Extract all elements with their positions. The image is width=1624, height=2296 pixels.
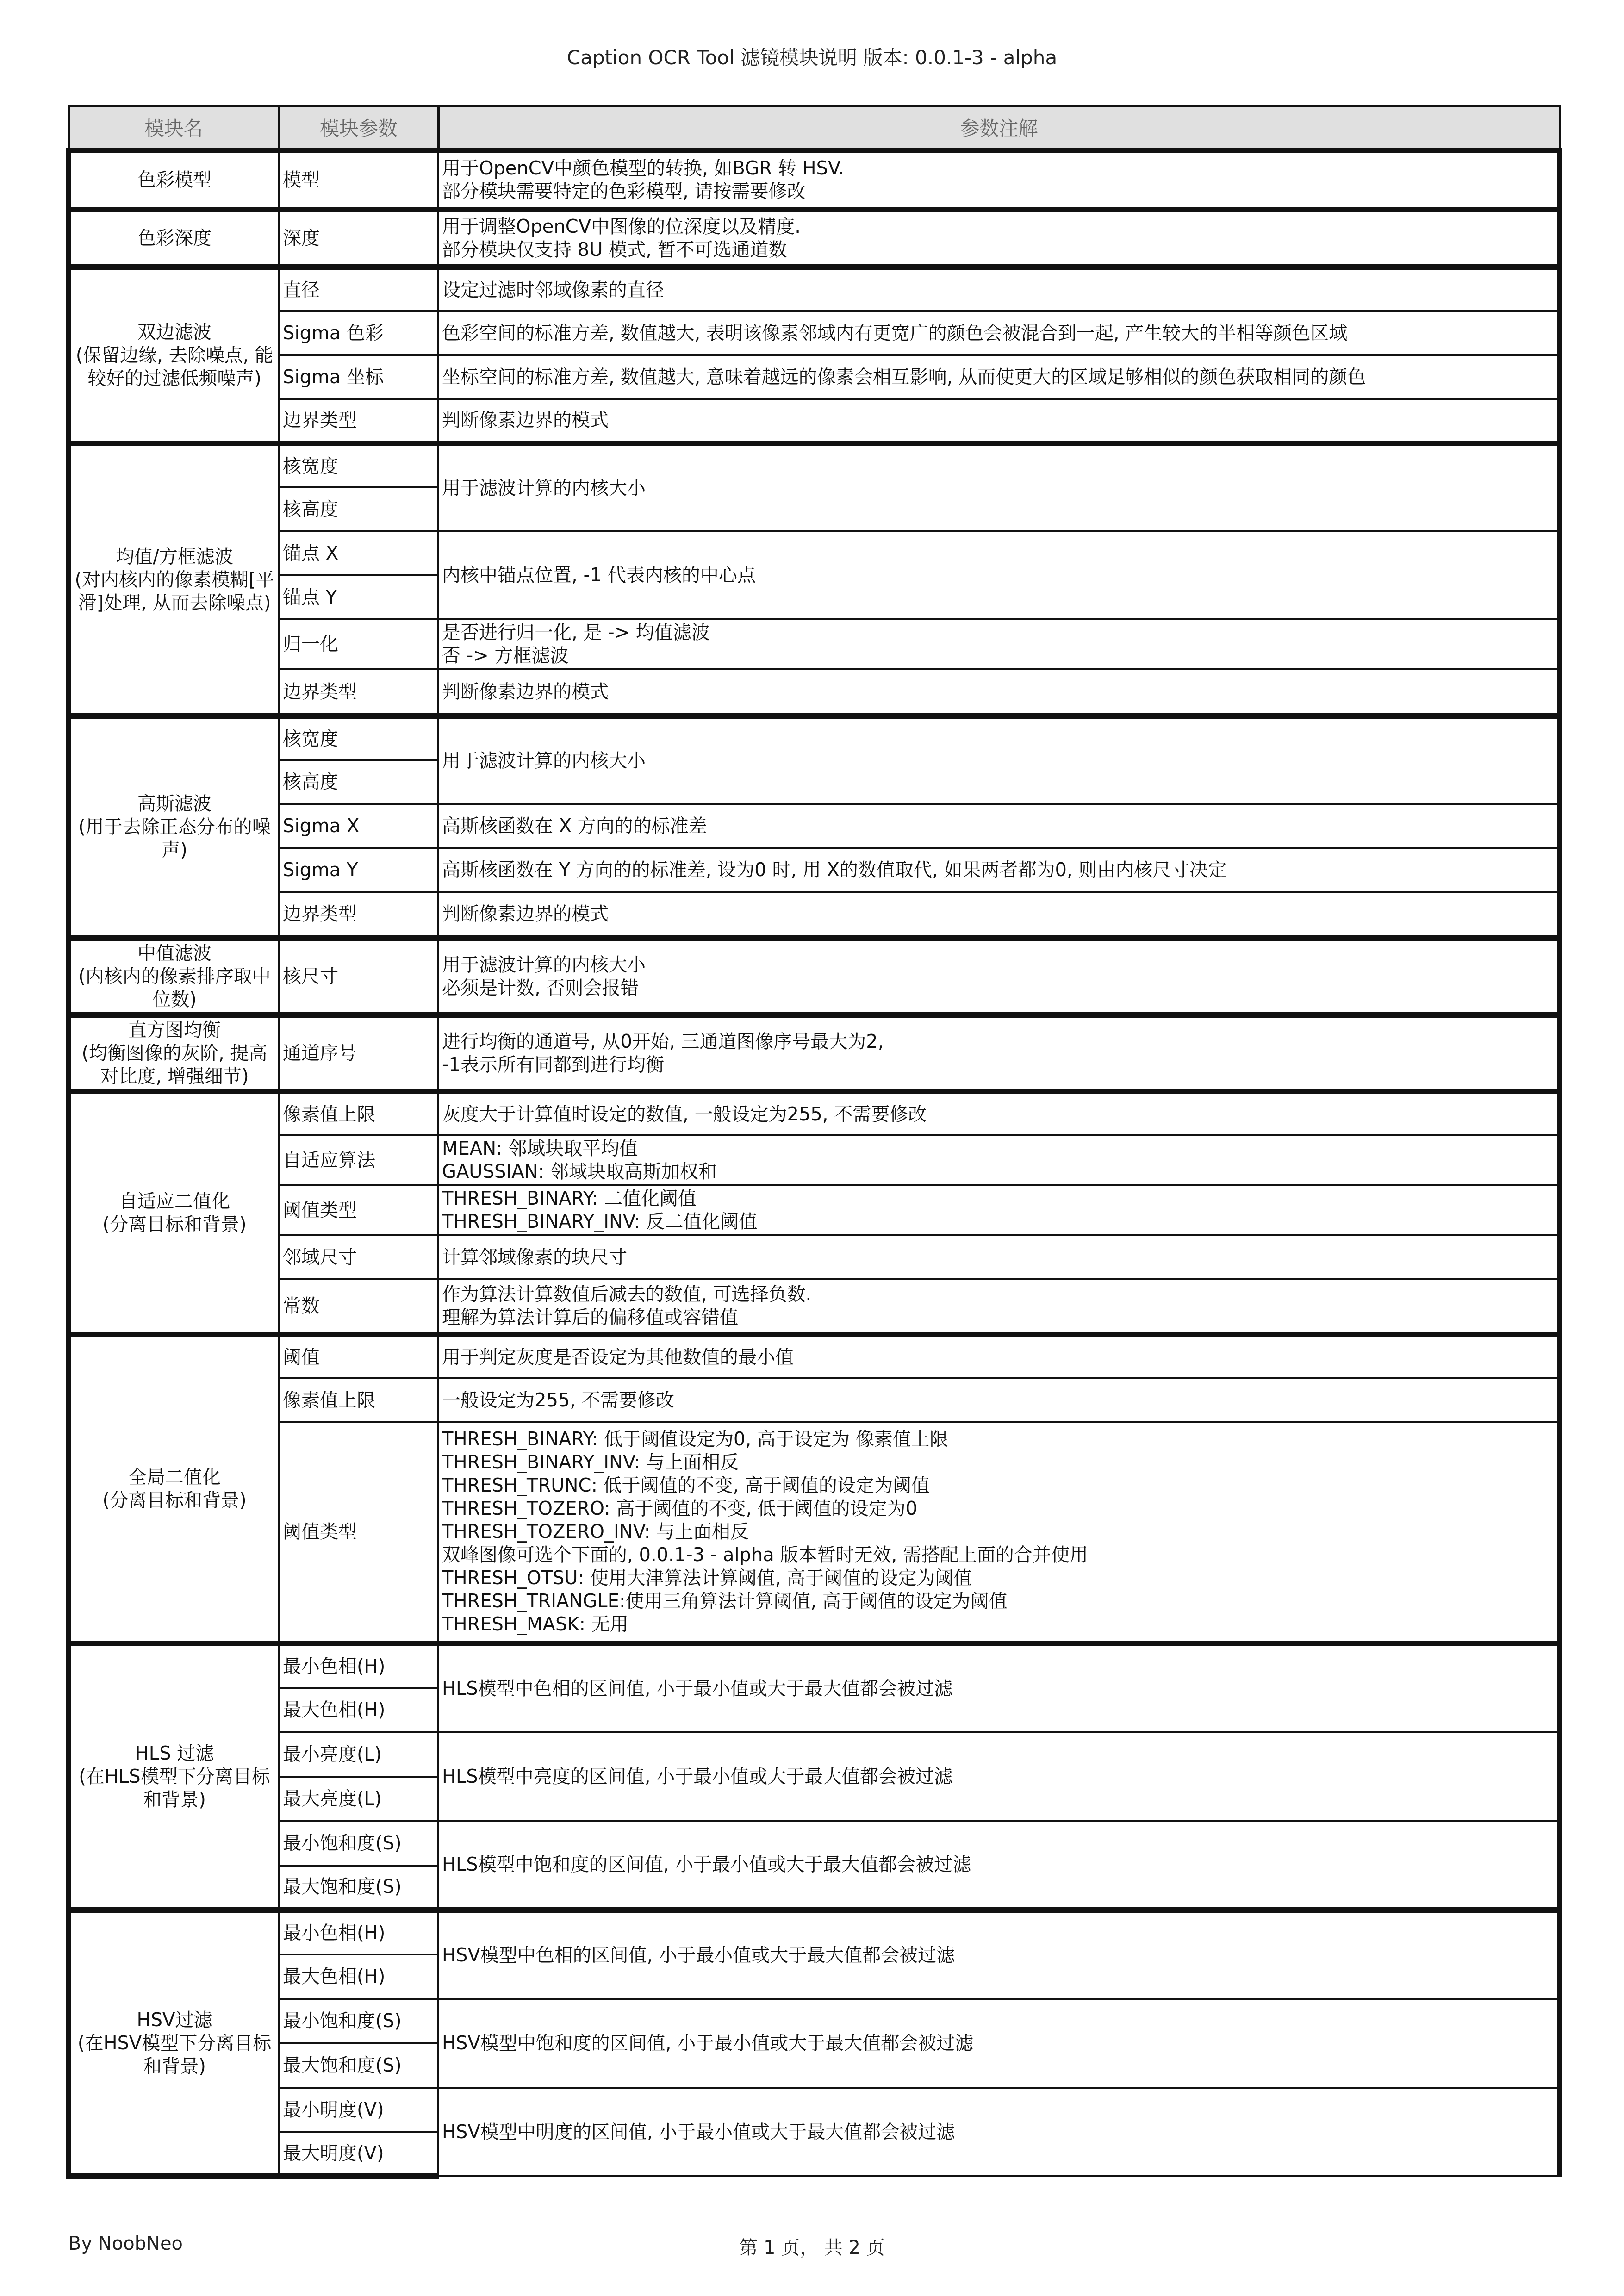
param-note-cell: THRESH_BINARY: 二值化阈值 THRESH_BINARY_INV: … [438,1185,1560,1235]
param-note-cell: 判断像素边界的模式 [438,399,1560,443]
param-label-cell: 最小色相(H) [279,1910,438,1954]
param-label-cell: 阈值类型 [279,1422,438,1643]
module-name-cell: 高斯滤波 (用于去除正态分布的噪声) [68,716,279,938]
table-row: 最小明度(V)HSV模型中明度的区间值, 小于最小值或大于最大值都会被过滤 [68,2088,1560,2132]
param-label-cell: Sigma Y [279,848,438,892]
param-label-cell: 最小明度(V) [279,2088,438,2132]
param-label-cell: 像素值上限 [279,1378,438,1422]
param-note-cell: 用于滤波计算的内核大小 [438,716,1560,804]
table-row: 边界类型判断像素边界的模式 [68,669,1560,716]
param-note-cell: 用于滤波计算的内核大小 必须是计数, 否则会报错 [438,938,1560,1015]
param-label-cell: Sigma X [279,804,438,848]
param-note-cell: 作为算法计算数值后减去的数值, 可选择负数. 理解为算法计算后的偏移值或容错值 [438,1279,1560,1334]
param-note-cell: HSV模型中色相的区间值, 小于最小值或大于最大值都会被过滤 [438,1910,1560,1999]
param-note-cell: 用于滤波计算的内核大小 [438,443,1560,531]
param-note-cell: HLS模型中色相的区间值, 小于最小值或大于最大值都会被过滤 [438,1643,1560,1732]
param-note-cell: 高斯核函数在 X 方向的的标准差 [438,804,1560,848]
param-label-cell: 模型 [279,150,438,210]
table-row: Sigma Y 高斯核函数在 Y 方向的的标准差, 设为0 时, 用 X的数值取… [68,848,1560,892]
table-row: 像素值上限一般设定为255, 不需要修改 [68,1378,1560,1422]
table-row: 边界类型判断像素边界的模式 [68,399,1560,443]
module-name-cell: 全局二值化 (分离目标和背景) [68,1334,279,1643]
table-row: 边界类型判断像素边界的模式 [68,892,1560,938]
table-body: 色彩模型模型用于OpenCV中颜色模型的转换, 如BGR 转 HSV. 部分模块… [68,150,1560,2176]
param-note-cell: 高斯核函数在 Y 方向的的标准差, 设为0 时, 用 X的数值取代, 如果两者都… [438,848,1560,892]
table-row: 自适应二值化 (分离目标和背景)像素值上限灰度大于计算值时设定的数值, 一般设定… [68,1091,1560,1135]
table-row: 直方图均衡 (均衡图像的灰阶, 提高对比度, 增强细节)通道序号进行均衡的通道号… [68,1015,1560,1091]
table-row: 均值/方框滤波 (对内核内的像素模糊[平滑]处理, 从而去除噪点)核宽度用于滤波… [68,443,1560,487]
table-row: 全局二值化 (分离目标和背景)阈值用于判定灰度是否设定为其他数值的最小值 [68,1334,1560,1378]
header-module-name: 模块名 [68,106,279,151]
param-label-cell: 核宽度 [279,443,438,487]
module-name-cell: 双边滤波 (保留边缘, 去除噪点, 能较好的过滤低频噪声) [68,267,279,443]
table-header-row: 模块名 模块参数 参数注解 [68,106,1560,151]
param-label-cell: 最大亮度(L) [279,1777,438,1821]
table-row: 阈值类型THRESH_BINARY: 低于阈值设定为0, 高于设定为 像素值上限… [68,1422,1560,1643]
param-label-cell: Sigma 色彩 [279,311,438,355]
param-label-cell: 常数 [279,1279,438,1334]
table-row: 自适应算法MEAN: 邻域块取平均值 GAUSSIAN: 邻域块取高斯加权和 [68,1135,1560,1185]
module-name-cell: 自适应二值化 (分离目标和背景) [68,1091,279,1334]
header-param-notes: 参数注解 [438,106,1560,151]
table-row: 最小饱和度(S)HLS模型中饱和度的区间值, 小于最小值或大于最大值都会被过滤 [68,1821,1560,1866]
param-label-cell: 锚点 Y [279,575,438,619]
header-module-params: 模块参数 [279,106,438,151]
filter-module-table: 模块名 模块参数 参数注解 色彩模型模型用于OpenCV中颜色模型的转换, 如B… [66,105,1562,2179]
param-note-cell: MEAN: 邻域块取平均值 GAUSSIAN: 邻域块取高斯加权和 [438,1135,1560,1185]
table-row: 锚点 X内核中锚点位置, -1 代表内核的中心点 [68,531,1560,575]
module-name-cell: 色彩深度 [68,210,279,267]
param-note-cell: 色彩空间的标准方差, 数值越大, 表明该像素邻域内有更宽广的颜色会被混合到一起,… [438,311,1560,355]
footer-page-indicator: 第 1 页， 共 2 页 [0,2233,1624,2259]
param-label-cell: 最小亮度(L) [279,1732,438,1777]
param-note-cell: 灰度大于计算值时设定的数值, 一般设定为255, 不需要修改 [438,1091,1560,1135]
table-row: 常数作为算法计算数值后减去的数值, 可选择负数. 理解为算法计算后的偏移值或容错… [68,1279,1560,1334]
param-note-cell: HLS模型中亮度的区间值, 小于最小值或大于最大值都会被过滤 [438,1732,1560,1821]
module-name-cell: 中值滤波 (内核内的像素排序取中位数) [68,938,279,1015]
param-label-cell: 阈值 [279,1334,438,1378]
module-name-cell: 直方图均衡 (均衡图像的灰阶, 提高对比度, 增强细节) [68,1015,279,1091]
param-note-cell: 是否进行归一化, 是 -> 均值滤波 否 -> 方框滤波 [438,619,1560,669]
param-label-cell: 阈值类型 [279,1185,438,1235]
document-title: Caption OCR Tool 滤镜模块说明 版本: 0.0.1-3 - al… [0,43,1624,70]
table-row: 邻域尺寸计算邻域像素的块尺寸 [68,1235,1560,1279]
param-label-cell: 深度 [279,210,438,267]
param-label-cell: 直径 [279,267,438,311]
param-note-cell: 设定过滤时邻域像素的直径 [438,267,1560,311]
param-label-cell: 最小色相(H) [279,1643,438,1688]
param-note-cell: HSV模型中饱和度的区间值, 小于最小值或大于最大值都会被过滤 [438,1999,1560,2088]
param-note-cell: 内核中锚点位置, -1 代表内核的中心点 [438,531,1560,619]
table-row: Sigma 坐标坐标空间的标准方差, 数值越大, 意味着越远的像素会相互影响, … [68,355,1560,399]
table-row: 最小饱和度(S)HSV模型中饱和度的区间值, 小于最小值或大于最大值都会被过滤 [68,1999,1560,2043]
module-name-cell: 均值/方框滤波 (对内核内的像素模糊[平滑]处理, 从而去除噪点) [68,443,279,716]
param-label-cell: 边界类型 [279,892,438,938]
module-name-cell: 色彩模型 [68,150,279,210]
param-note-cell: 计算邻域像素的块尺寸 [438,1235,1560,1279]
module-name-cell: HSV过滤 (在HSV模型下分离目标和背景) [68,1910,279,2176]
table-row: 色彩模型模型用于OpenCV中颜色模型的转换, 如BGR 转 HSV. 部分模块… [68,150,1560,210]
param-note-cell: 坐标空间的标准方差, 数值越大, 意味着越远的像素会相互影响, 从而使更大的区域… [438,355,1560,399]
param-label-cell: 锚点 X [279,531,438,575]
param-note-cell: 用于调整OpenCV中图像的位深度以及精度. 部分模块仅支持 8U 模式, 暂不… [438,210,1560,267]
table-row: 最小亮度(L)HLS模型中亮度的区间值, 小于最小值或大于最大值都会被过滤 [68,1732,1560,1777]
param-label-cell: 核尺寸 [279,938,438,1015]
table-row: HLS 过滤 (在HLS模型下分离目标和背景)最小色相(H)HLS模型中色相的区… [68,1643,1560,1688]
param-note-cell: HLS模型中饱和度的区间值, 小于最小值或大于最大值都会被过滤 [438,1821,1560,1910]
param-note-cell: 用于OpenCV中颜色模型的转换, 如BGR 转 HSV. 部分模块需要特定的色… [438,150,1560,210]
param-label-cell: 核宽度 [279,716,438,760]
table-row: 双边滤波 (保留边缘, 去除噪点, 能较好的过滤低频噪声)直径设定过滤时邻域像素… [68,267,1560,311]
param-label-cell: 自适应算法 [279,1135,438,1185]
table-row: Sigma X 高斯核函数在 X 方向的的标准差 [68,804,1560,848]
param-label-cell: 归一化 [279,619,438,669]
param-note-cell: THRESH_BINARY: 低于阈值设定为0, 高于设定为 像素值上限 THR… [438,1422,1560,1643]
table-row: 阈值类型THRESH_BINARY: 二值化阈值 THRESH_BINARY_I… [68,1185,1560,1235]
param-note-cell: 用于判定灰度是否设定为其他数值的最小值 [438,1334,1560,1378]
param-note-cell: 判断像素边界的模式 [438,669,1560,716]
param-label-cell: 边界类型 [279,669,438,716]
table-row: 归一化是否进行归一化, 是 -> 均值滤波 否 -> 方框滤波 [68,619,1560,669]
table-row: 色彩深度深度用于调整OpenCV中图像的位深度以及精度. 部分模块仅支持 8U … [68,210,1560,267]
param-label-cell: 核高度 [279,760,438,804]
param-note-cell: HSV模型中明度的区间值, 小于最小值或大于最大值都会被过滤 [438,2088,1560,2176]
table-row: HSV过滤 (在HSV模型下分离目标和背景)最小色相(H)HSV模型中色相的区间… [68,1910,1560,1954]
param-note-cell: 一般设定为255, 不需要修改 [438,1378,1560,1422]
param-label-cell: 边界类型 [279,399,438,443]
param-label-cell: 邻域尺寸 [279,1235,438,1279]
table-row: Sigma 色彩色彩空间的标准方差, 数值越大, 表明该像素邻域内有更宽广的颜色… [68,311,1560,355]
param-label-cell: 最小饱和度(S) [279,1999,438,2043]
param-note-cell: 判断像素边界的模式 [438,892,1560,938]
param-label-cell: 像素值上限 [279,1091,438,1135]
table-row: 中值滤波 (内核内的像素排序取中位数)核尺寸用于滤波计算的内核大小 必须是计数,… [68,938,1560,1015]
param-label-cell: 最小饱和度(S) [279,1821,438,1866]
param-note-cell: 进行均衡的通道号, 从0开始, 三通道图像序号最大为2, -1表示所有同都到进行… [438,1015,1560,1091]
module-name-cell: HLS 过滤 (在HLS模型下分离目标和背景) [68,1643,279,1910]
param-label-cell: Sigma 坐标 [279,355,438,399]
param-label-cell: 最大色相(H) [279,1688,438,1732]
table-row: 高斯滤波 (用于去除正态分布的噪声)核宽度用于滤波计算的内核大小 [68,716,1560,760]
param-label-cell: 通道序号 [279,1015,438,1091]
param-label-cell: 最大明度(V) [279,2132,438,2176]
param-label-cell: 最大饱和度(S) [279,1866,438,1910]
param-label-cell: 核高度 [279,487,438,531]
param-label-cell: 最大色相(H) [279,1954,438,1999]
param-label-cell: 最大饱和度(S) [279,2043,438,2088]
